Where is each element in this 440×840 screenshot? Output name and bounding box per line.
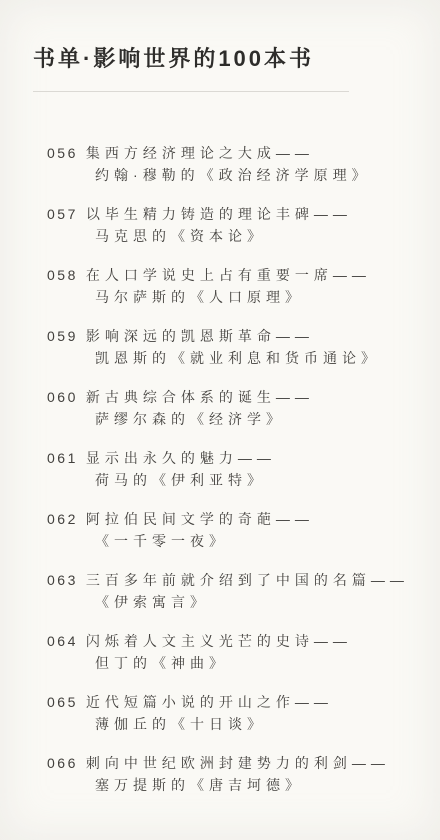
book-title-line: 《一千零一夜》	[0, 530, 440, 552]
book-description: 影响深远的凯恩斯革命——	[86, 328, 314, 344]
book-entry-headline: 059影响深远的凯恩斯革命——	[0, 325, 440, 347]
book-title-line: 马尔萨斯的《人口原理》	[0, 286, 440, 308]
book-description: 闪烁着人文主义光芒的史诗——	[86, 633, 352, 649]
book-description: 阿拉伯民间文学的奇葩——	[86, 511, 314, 527]
book-description: 新古典综合体系的诞生——	[86, 389, 314, 405]
book-entry-headline: 066刺向中世纪欧洲封建势力的利剑——	[0, 752, 440, 774]
book-title-line: 约翰·穆勒的《政治经济学原理》	[0, 164, 440, 186]
book-entry-headline: 065近代短篇小说的开山之作——	[0, 691, 440, 713]
book-entry-headline: 063三百多年前就介绍到了中国的名篇——	[0, 569, 440, 591]
page-title: 书单·影响世界的100本书	[33, 42, 314, 73]
book-description: 刺向中世纪欧洲封建势力的利剑——	[86, 755, 390, 771]
book-title-line: 但丁的《神曲》	[0, 652, 440, 674]
book-title-line: 荷马的《伊利亚特》	[0, 469, 440, 491]
book-number: 062	[47, 511, 78, 527]
book-entry-headline: 058在人口学说史上占有重要一席——	[0, 264, 440, 286]
book-entry: 064闪烁着人文主义光芒的史诗—— 但丁的《神曲》	[0, 630, 440, 674]
book-number: 058	[47, 267, 78, 283]
book-number: 060	[47, 389, 78, 405]
book-description: 在人口学说史上占有重要一席——	[86, 267, 371, 283]
book-entry-headline: 056集西方经济理论之大成——	[0, 142, 440, 164]
title-divider	[33, 91, 349, 92]
book-entry: 058在人口学说史上占有重要一席—— 马尔萨斯的《人口原理》	[0, 264, 440, 308]
book-entry-headline: 062阿拉伯民间文学的奇葩——	[0, 508, 440, 530]
book-title-line: 凯恩斯的《就业利息和货币通论》	[0, 347, 440, 369]
book-entry: 061显示出永久的魅力—— 荷马的《伊利亚特》	[0, 447, 440, 491]
book-number: 056	[47, 145, 78, 161]
book-number: 061	[47, 450, 78, 466]
book-title-line: 《伊索寓言》	[0, 591, 440, 613]
book-entry: 059影响深远的凯恩斯革命—— 凯恩斯的《就业利息和货币通论》	[0, 325, 440, 369]
book-description: 近代短篇小说的开山之作——	[86, 694, 333, 710]
book-number: 064	[47, 633, 78, 649]
book-description: 显示出永久的魅力——	[86, 450, 276, 466]
book-page: 书单·影响世界的100本书 056集西方经济理论之大成—— 约翰·穆勒的《政治经…	[0, 0, 440, 840]
book-number: 059	[47, 328, 78, 344]
book-number: 057	[47, 206, 78, 222]
book-entry: 066刺向中世纪欧洲封建势力的利剑—— 塞万提斯的《唐吉坷德》	[0, 752, 440, 796]
book-description: 以毕生精力铸造的理论丰碑——	[86, 206, 352, 222]
book-title-line: 马克思的《资本论》	[0, 225, 440, 247]
book-entry: 062阿拉伯民间文学的奇葩—— 《一千零一夜》	[0, 508, 440, 552]
book-entry: 065近代短篇小说的开山之作—— 薄伽丘的《十日谈》	[0, 691, 440, 735]
book-number: 065	[47, 694, 78, 710]
book-title-line: 塞万提斯的《唐吉坷德》	[0, 774, 440, 796]
book-description: 三百多年前就介绍到了中国的名篇——	[86, 572, 409, 588]
book-entry: 060新古典综合体系的诞生—— 萨缪尔森的《经济学》	[0, 386, 440, 430]
book-description: 集西方经济理论之大成——	[86, 145, 314, 161]
book-title-line: 萨缪尔森的《经济学》	[0, 408, 440, 430]
book-title-line: 薄伽丘的《十日谈》	[0, 713, 440, 735]
book-entry-headline: 057以毕生精力铸造的理论丰碑——	[0, 203, 440, 225]
book-number: 066	[47, 755, 78, 771]
book-entry-headline: 061显示出永久的魅力——	[0, 447, 440, 469]
book-entry-headline: 060新古典综合体系的诞生——	[0, 386, 440, 408]
book-list: 056集西方经济理论之大成—— 约翰·穆勒的《政治经济学原理》 057以毕生精力…	[0, 142, 440, 813]
book-entry: 063三百多年前就介绍到了中国的名篇—— 《伊索寓言》	[0, 569, 440, 613]
book-entry-headline: 064闪烁着人文主义光芒的史诗——	[0, 630, 440, 652]
book-entry: 057以毕生精力铸造的理论丰碑—— 马克思的《资本论》	[0, 203, 440, 247]
book-number: 063	[47, 572, 78, 588]
book-entry: 056集西方经济理论之大成—— 约翰·穆勒的《政治经济学原理》	[0, 142, 440, 186]
